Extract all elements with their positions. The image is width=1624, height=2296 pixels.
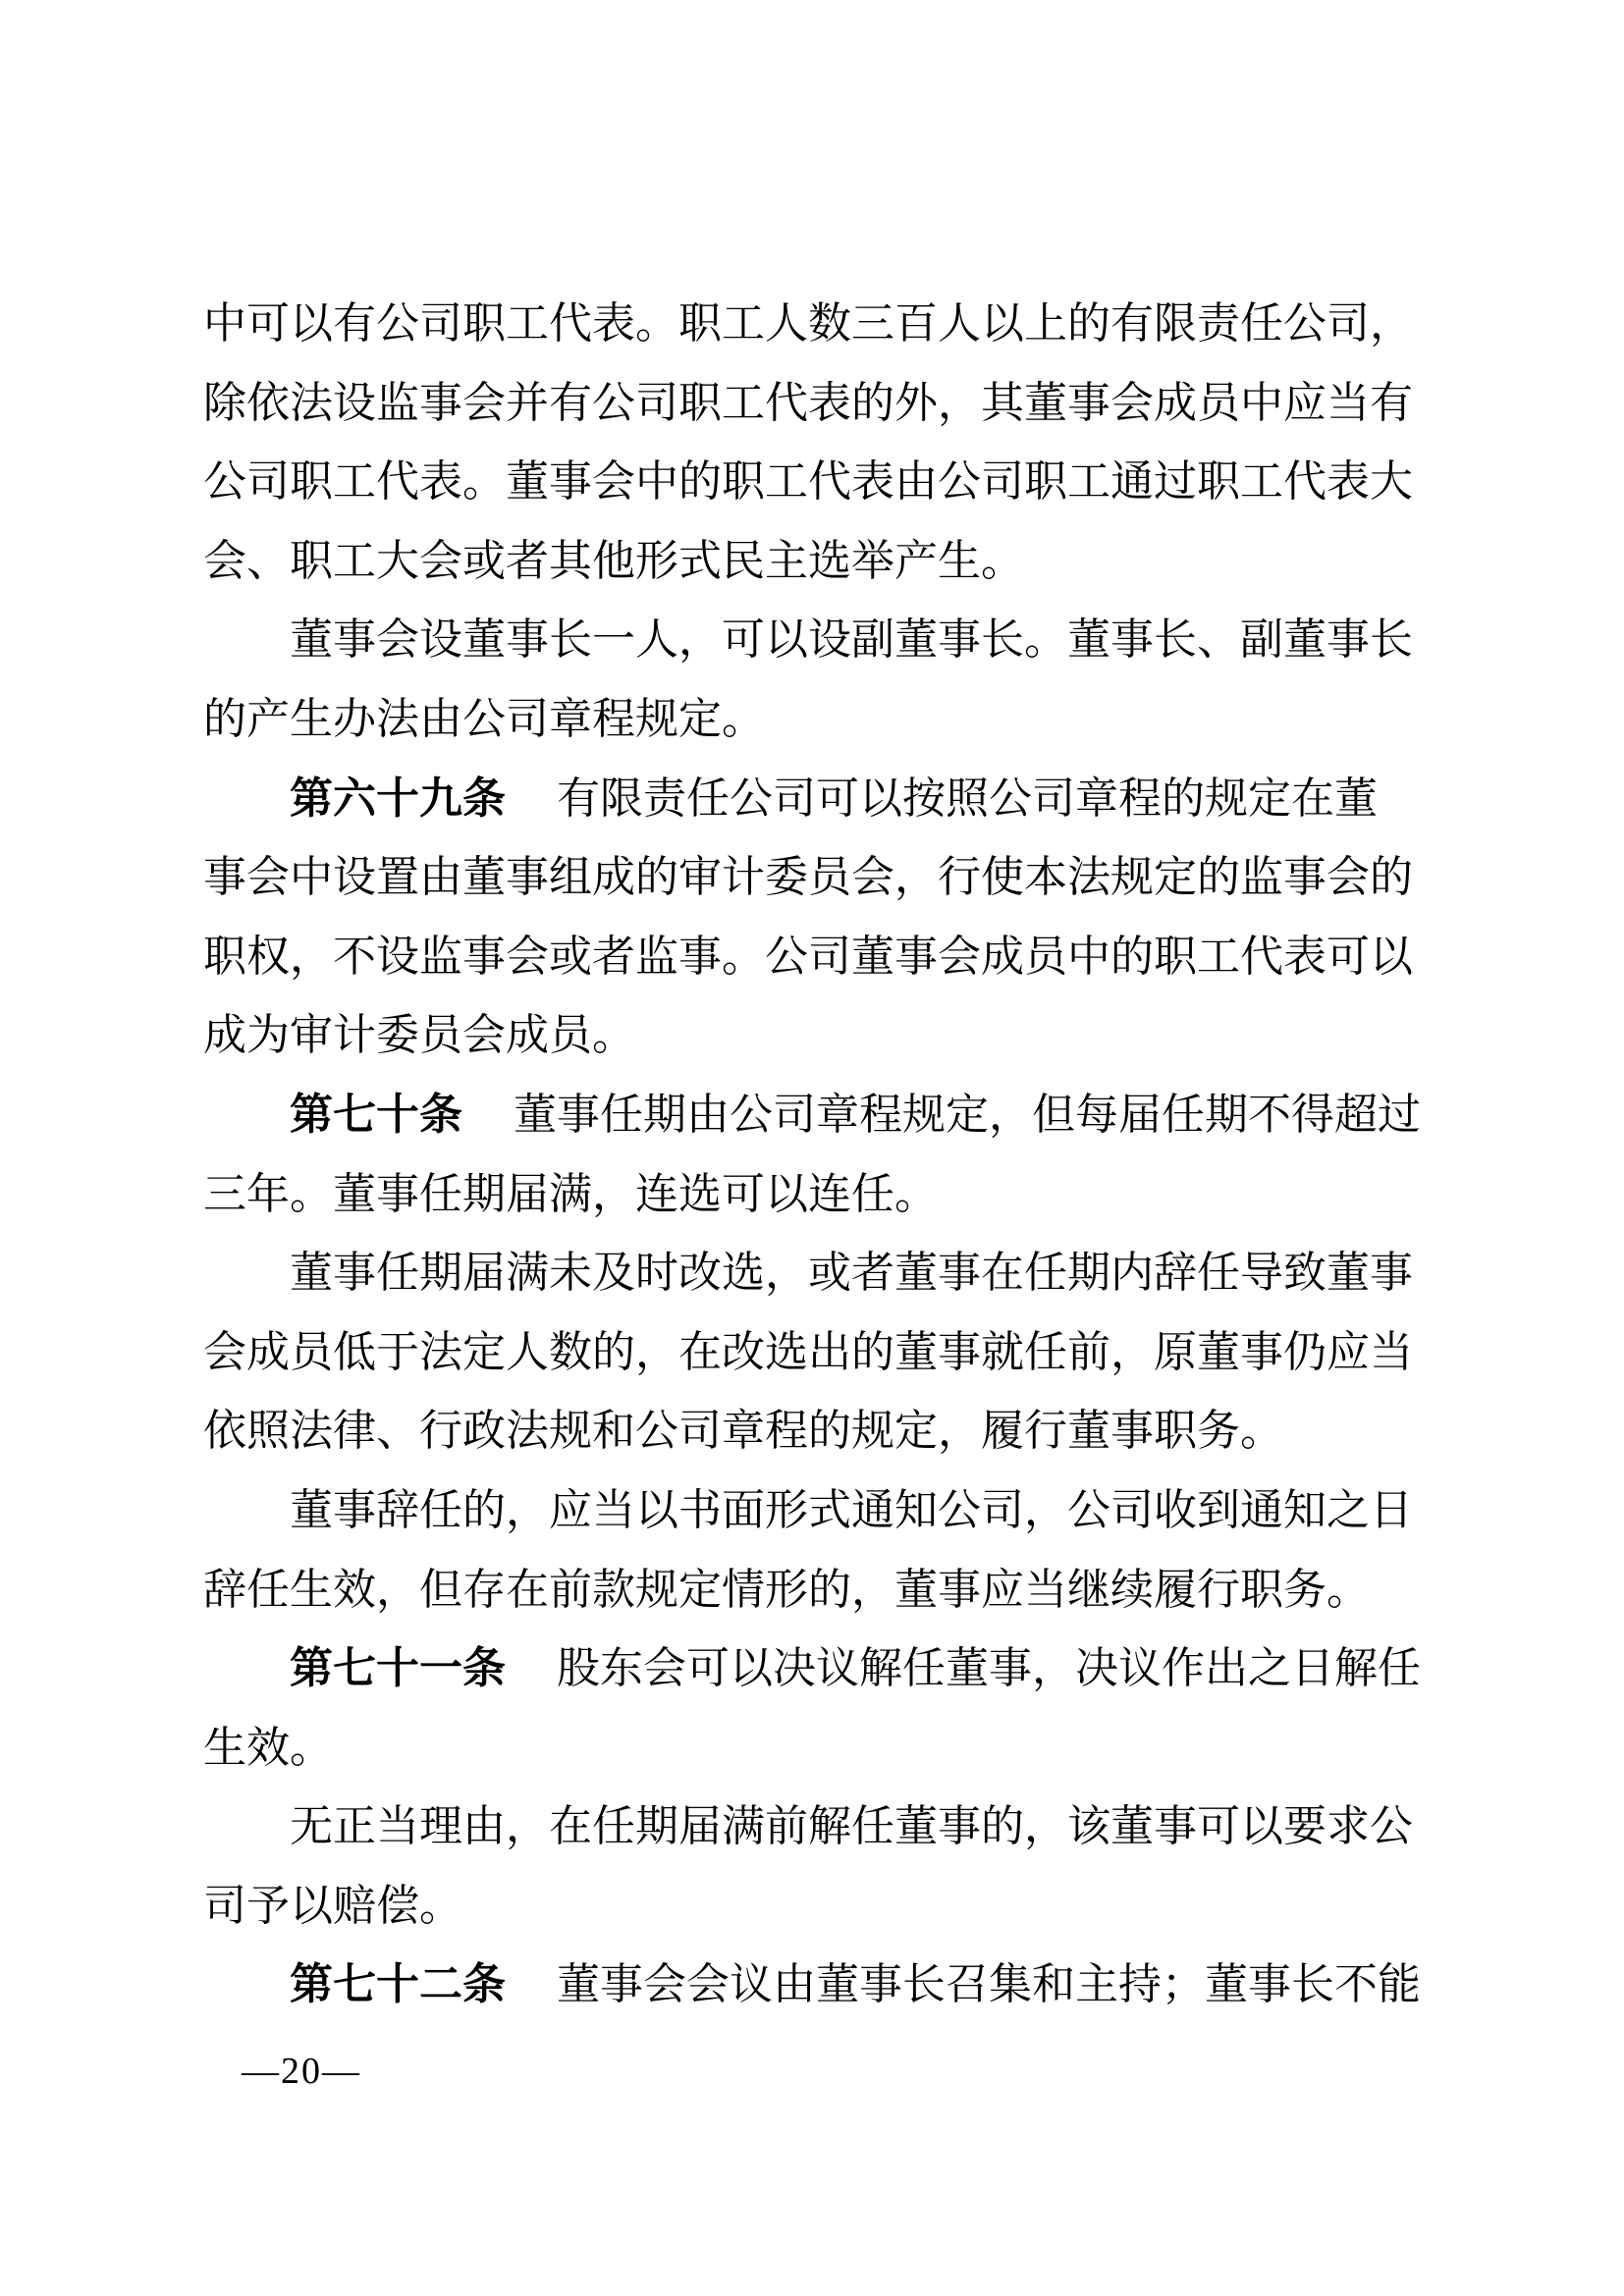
text-line: 第七十一条股东会可以决议解任董事，决议作出之日解任 [203,1629,1421,1709]
line-text: 董事任期由公司章程规定，但每届任期不得超过 [514,1091,1421,1139]
line-text: 公司职工代表。董事会中的职工代表由公司职工通过职工代表大 [203,457,1413,506]
line-text: 股东会可以决议解任董事，决议作出之日解任 [557,1644,1421,1692]
line-text: 中可以有公司职工代表。职工人数三百人以上的有限责任公司， [203,299,1413,347]
text-line: 的产生办法由公司章程规定。 [203,680,1421,760]
page-number: —20— [242,2044,361,2099]
text-line: 辞任生效，但存在前款规定情形的，董事应当继续履行职务。 [203,1551,1421,1630]
text-line: 公司职工代表。董事会中的职工代表由公司职工通过职工代表大 [203,443,1421,522]
line-text: 事会中设置由董事组成的审计委员会，行使本法规定的监事会的 [203,853,1413,901]
text-line: 中可以有公司职工代表。职工人数三百人以上的有限责任公司， [203,285,1421,364]
line-text: 的产生办法由公司章程规定。 [203,695,765,743]
line-text: 会成员低于法定人数的，在改选出的董事就任前，原董事仍应当 [203,1328,1413,1376]
text-line: 无正当理由，在任期届满前解任董事的，该董事可以要求公 [203,1788,1421,1867]
text-line: 第七十二条董事会会议由董事长召集和主持；董事长不能 [203,1946,1421,2025]
line-text: 职权，不设监事会或者监事。公司董事会成员中的职工代表可以 [203,933,1413,981]
article-number: 第七十一条 [290,1644,506,1692]
line-text: 除依法设监事会并有公司职工代表的外，其董事会成员中应当有 [203,379,1413,427]
line-text: 生效。 [203,1724,333,1772]
text-line: 事会中设置由董事组成的审计委员会，行使本法规定的监事会的 [203,838,1421,918]
line-text: 董事会设董事长一人，可以设副董事长。董事长、副董事长 [290,615,1413,664]
article-number: 第七十二条 [290,1960,506,2008]
text-line: 成为审计委员会成员。 [203,996,1421,1076]
text-line: 会、职工大会或者其他形式民主选举产生。 [203,522,1421,602]
line-text: 有限责任公司可以按照公司章程的规定在董 [557,774,1378,823]
text-line: 三年。董事任期届满，连选可以连任。 [203,1155,1421,1235]
document-body: 中可以有公司职工代表。职工人数三百人以上的有限责任公司，除依法设监事会并有公司职… [203,285,1421,2025]
text-line: 董事任期届满未及时改选，或者董事在任期内辞任导致董事 [203,1234,1421,1313]
text-line: 第七十条董事任期由公司章程规定，但每届任期不得超过 [203,1076,1421,1155]
line-text: 无正当理由，在任期届满前解任董事的，该董事可以要求公 [290,1802,1413,1850]
article-number: 第六十九条 [290,774,506,823]
line-text: 会、职工大会或者其他形式民主选举产生。 [203,537,1024,585]
text-line: 除依法设监事会并有公司职工代表的外，其董事会成员中应当有 [203,364,1421,444]
text-line: 司予以赔偿。 [203,1867,1421,1947]
document-page: { "page": { "background_color": "#ffffff… [0,0,1624,2296]
text-line: 职权，不设监事会或者监事。公司董事会成员中的职工代表可以 [203,918,1421,997]
line-text: 董事会会议由董事长召集和主持；董事长不能 [557,1960,1421,2008]
text-line: 董事会设董事长一人，可以设副董事长。董事长、副董事长 [203,601,1421,680]
text-line: 会成员低于法定人数的，在改选出的董事就任前，原董事仍应当 [203,1313,1421,1393]
text-line: 第六十九条有限责任公司可以按照公司章程的规定在董 [203,760,1421,839]
line-text: 辞任生效，但存在前款规定情形的，董事应当继续履行职务。 [203,1566,1370,1614]
line-text: 三年。董事任期届满，连选可以连任。 [203,1170,938,1218]
line-text: 司予以赔偿。 [203,1882,462,1930]
text-line: 董事辞任的，应当以书面形式通知公司，公司收到通知之日 [203,1471,1421,1551]
text-line: 生效。 [203,1709,1421,1789]
line-text: 成为审计委员会成员。 [203,1011,635,1059]
line-text: 董事任期届满未及时改选，或者董事在任期内辞任导致董事 [290,1249,1413,1297]
line-text: 依照法律、行政法规和公司章程的规定，履行董事职务。 [203,1407,1283,1455]
line-text: 董事辞任的，应当以书面形式通知公司，公司收到通知之日 [290,1486,1413,1534]
text-line: 依照法律、行政法规和公司章程的规定，履行董事职务。 [203,1392,1421,1471]
article-number: 第七十条 [290,1091,462,1139]
